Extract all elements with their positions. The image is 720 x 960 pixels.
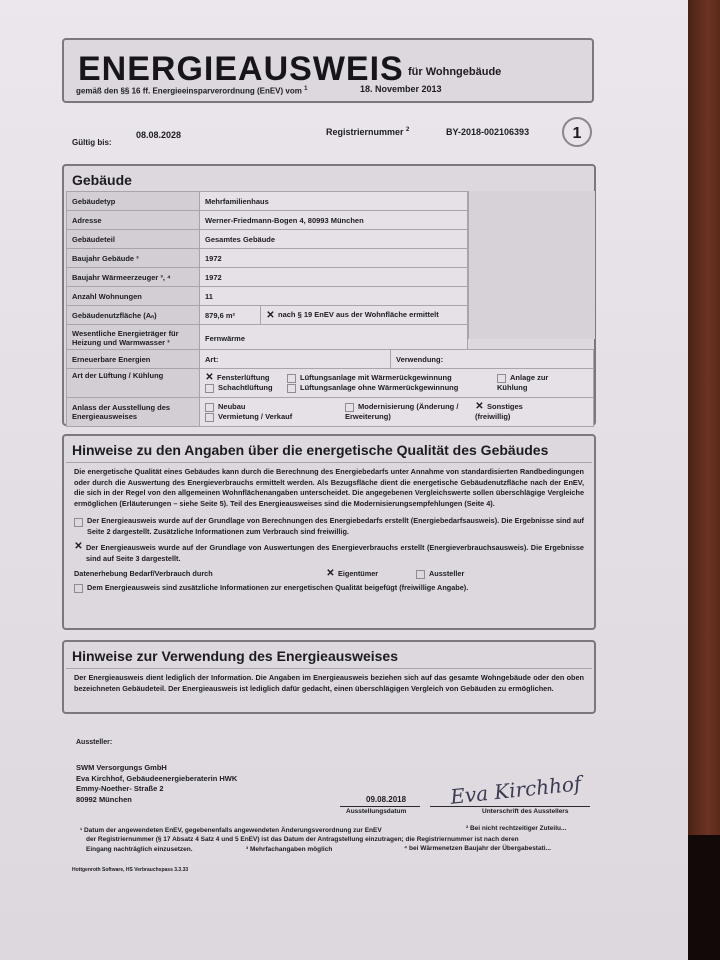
checked-x-icon: ✕ [266, 312, 275, 320]
table-row: Baujahr Wärmeerzeuger ³, ⁴1972 [67, 268, 468, 287]
checkbox-fensterlueftung[interactable]: ✕Fensterlüftung [205, 373, 287, 383]
registration-label: Registriernummer 2 [326, 127, 409, 137]
footnote-1: ¹ Datum der angewendeten EnEV, gegebenen… [80, 826, 382, 835]
dark-background [688, 835, 720, 960]
title-box: ENERGIEAUSWEIS für Wohngebäude gemäß den… [62, 38, 594, 103]
table-row: Anlass der Ausstellung des Energieauswei… [67, 398, 594, 427]
valid-label: Gültig bis: [72, 138, 112, 147]
building-table: GebäudetypMehrfamilienhaus AdresseWerner… [66, 191, 468, 352]
checkbox-aussteller[interactable]: Aussteller [416, 569, 464, 580]
checkbox-kuehlung[interactable]: Anlage zur Kühlung [497, 373, 567, 393]
quality-intro: Die energetische Qualität eines Gebäudes… [64, 467, 594, 509]
table-row: Erneuerbare EnergienArt:Verwendung: [67, 350, 594, 369]
usage-notes-heading: Hinweise zur Verwendung des Energieauswe… [64, 642, 594, 666]
footnote-2: ² Bei nicht rechtzeitiger Zuteilu... [466, 824, 566, 833]
issuer-label: Aussteller: [76, 739, 112, 746]
checkbox-vermietung[interactable]: Vermietung / Verkauf [205, 412, 345, 422]
checkbox-lueftung-mit-wrg[interactable]: Lüftungsanlage mit Wärmerückgewinnung [287, 373, 497, 383]
building-heading: Gebäude [64, 166, 594, 190]
regulation-text: gemäß den §§ 16 ff. Energieeinsparverord… [76, 86, 307, 96]
table-row: GebäudeteilGesamtes Gebäude [67, 230, 468, 249]
table-row: Anzahl Wohnungen11 [67, 287, 468, 306]
date-line [340, 806, 420, 807]
software-credit: Hottgenroth Software, HS Verbrauchspass … [72, 866, 188, 875]
checkbox-schachtlueftung[interactable]: Schachtlüftung [205, 383, 287, 393]
registration-number: BY-2018-002106393 [446, 127, 529, 137]
building-section: Gebäude GebäudetypMehrfamilienhaus Adres… [62, 164, 596, 426]
table-row: GebäudetypMehrfamilienhaus [67, 192, 468, 211]
table-row: Baujahr Gebäude ³1972 [67, 249, 468, 268]
footnote-2-end: Eingang nachträglich einzusetzen. [86, 845, 193, 854]
document-subtitle: für Wohngebäude [408, 66, 501, 78]
valid-value: 08.08.2028 [136, 130, 181, 140]
table-row: Wesentliche Energieträger für Heizung un… [67, 325, 468, 352]
signature-line [430, 806, 590, 807]
regulation-date: 18. November 2013 [360, 84, 442, 94]
quality-notes-section: Hinweise zu den Angaben über die energet… [62, 434, 596, 630]
table-row: Art der Lüftung / Kühlung ✕Fensterlüftun… [67, 369, 594, 398]
document-title: ENERGIEAUSWEIS [78, 50, 404, 89]
checkbox-modernisierung[interactable]: Modernisierung (Änderung / Erweiterung) [345, 402, 475, 422]
checkbox-neubau[interactable]: Neubau [205, 402, 345, 412]
photo-placeholder [468, 191, 595, 339]
checkbox-eigentuemer[interactable]: ✕Eigentümer [326, 569, 378, 580]
issue-date-label: Ausstellungsdatum [346, 808, 406, 815]
checkbox-sonstiges[interactable]: ✕Sonstiges (freiwillig) [475, 402, 555, 422]
checkbox-lueftung-ohne-wrg[interactable]: Lüftungsanlage ohne Wärmerückgewinnung [287, 383, 497, 393]
footnote-2-cont: der Registriernummer (§ 17 Absatz 4 Satz… [86, 835, 519, 844]
usage-notes-section: Hinweise zur Verwendung des Energieauswe… [62, 640, 596, 714]
quality-notes-heading: Hinweise zu den Angaben über die energet… [64, 436, 594, 460]
footnote-3: ³ Mehrfachangaben möglich [246, 845, 332, 854]
wood-background [688, 0, 720, 835]
building-table-lower: Erneuerbare EnergienArt:Verwendung: Art … [66, 349, 594, 427]
option-consumption[interactable]: ✕Der Energieausweis wurde auf der Grundl… [64, 543, 594, 564]
data-collection-label: Datenerhebung Bedarf/Verbrauch durch [74, 569, 213, 578]
usage-notes-text: Der Energieausweis dient lediglich der I… [64, 673, 594, 694]
issue-date: 09.08.2018 [366, 795, 406, 804]
table-row: Gebäudenutzfläche (Aₙ)879,6 m²✕nach § 19… [67, 306, 468, 325]
footnote-4: ⁴ bei Wärmenetzen Baujahr der Übergabest… [404, 844, 551, 853]
checkbox-extra-info[interactable]: Dem Energieausweis sind zusätzliche Info… [64, 583, 594, 594]
option-demand[interactable]: Der Energieausweis wurde auf der Grundla… [64, 516, 594, 537]
table-row: AdresseWerner-Friedmann-Bogen 4, 80993 M… [67, 211, 468, 230]
issuer-address: SWM Versorgungs GmbHEva Kirchhof, Gebäud… [76, 763, 237, 805]
signature-label: Unterschrift des Ausstellers [482, 808, 568, 815]
page-number-badge: 1 [562, 117, 592, 147]
